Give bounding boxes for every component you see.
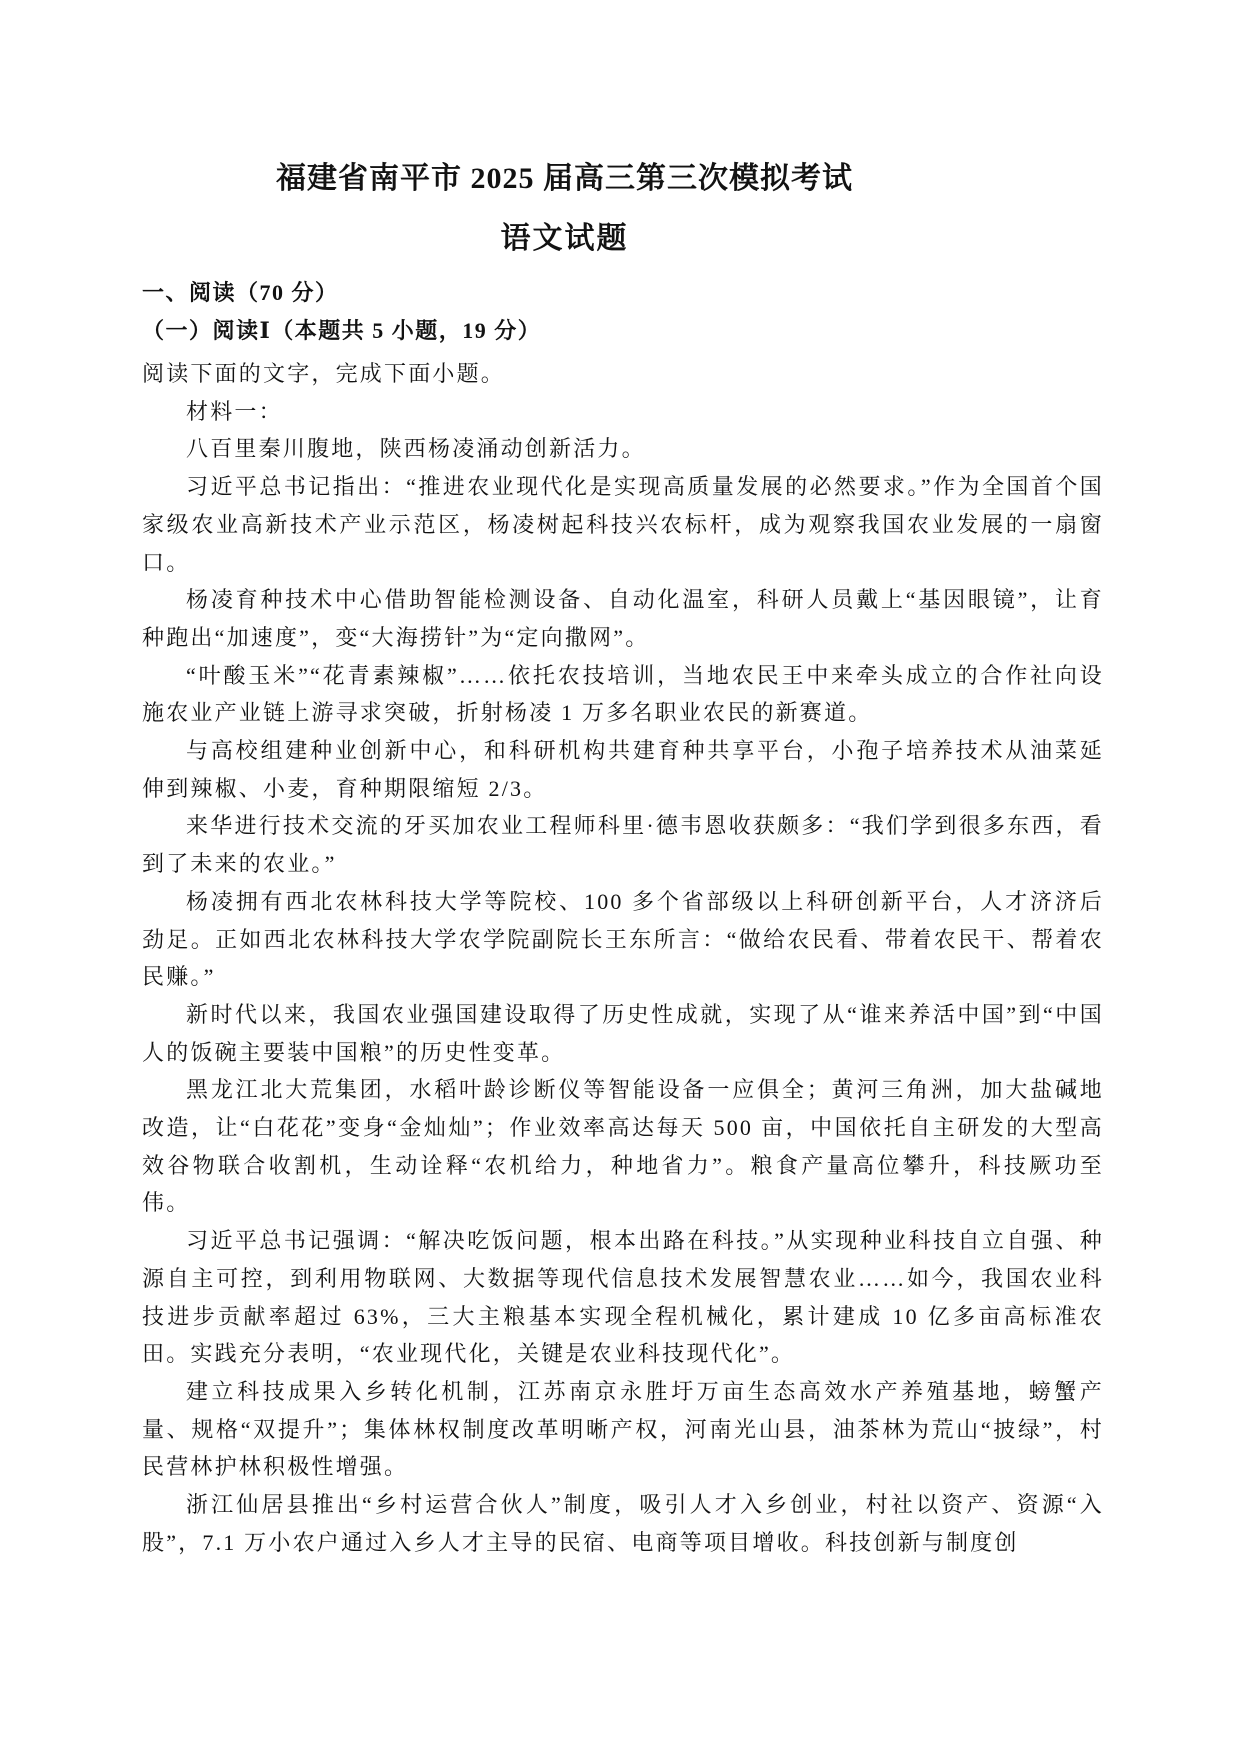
instruction-text: 阅读下面的文字，完成下面小题。 xyxy=(142,355,1104,393)
exam-subtitle: 语文试题 xyxy=(142,218,987,260)
paragraph: 杨凌育种技术中心借助智能检测设备、自动化温室，科研人员戴上“基因眼镜”，让育种跑… xyxy=(142,581,1104,656)
paragraph: 浙江仙居县推出“乡村运营合伙人”制度，吸引人才入乡创业，村社以资产、资源“入股”… xyxy=(142,1486,1104,1561)
paragraph-material-label: 材料一： xyxy=(142,393,1104,431)
paragraph: 新时代以来，我国农业强国建设取得了历史性成就，实现了从“谁来养活中国”到“中国人… xyxy=(142,996,1104,1071)
paragraph: 黑龙江北大荒集团，水稻叶龄诊断仪等智能设备一应俱全；黄河三角洲，加大盐碱地改造，… xyxy=(142,1071,1104,1222)
paragraph: 建立科技成果入乡转化机制，江苏南京永胜圩万亩生态高效水产养殖基地，螃蟹产量、规格… xyxy=(142,1373,1104,1486)
paragraph: 与高校组建种业创新中心，和科研机构共建育种共享平台，小孢子培养技术从油菜延伸到辣… xyxy=(142,732,1104,807)
paragraph: 来华进行技术交流的牙买加农业工程师科里·德韦恩收获颇多：“我们学到很多东西，看到… xyxy=(142,807,1104,882)
paragraph: 八百里秦川腹地，陕西杨凌涌动创新活力。 xyxy=(142,430,1104,468)
paragraph: “叶酸玉米”“花青素辣椒”……依托农技培训，当地农民王中来牵头成立的合作社向设施… xyxy=(142,657,1104,732)
paragraph: 习近平总书记指出：“推进农业现代化是实现高质量发展的必然要求。”作为全国首个国家… xyxy=(142,468,1104,581)
page-content: 福建省南平市 2025 届高三第三次模拟考试 语文试题 一、阅读（70 分） （… xyxy=(142,158,1104,1562)
exam-title: 福建省南平市 2025 届高三第三次模拟考试 xyxy=(142,158,987,200)
exam-paper-page: 福建省南平市 2025 届高三第三次模拟考试 语文试题 一、阅读（70 分） （… xyxy=(0,0,1240,1754)
paragraph: 习近平总书记强调：“解决吃饭问题，根本出路在科技。”从实现种业科技自立自强、种源… xyxy=(142,1222,1104,1373)
section-heading-reading: 一、阅读（70 分） xyxy=(142,274,1104,312)
subsection-heading-reading-1: （一）阅读Ⅰ（本题共 5 小题，19 分） xyxy=(142,312,1104,350)
title-block: 福建省南平市 2025 届高三第三次模拟考试 语文试题 xyxy=(142,158,987,260)
paragraph: 杨凌拥有西北农林科技大学等院校、100 多个省部级以上科研创新平台，人才济济后劲… xyxy=(142,883,1104,996)
